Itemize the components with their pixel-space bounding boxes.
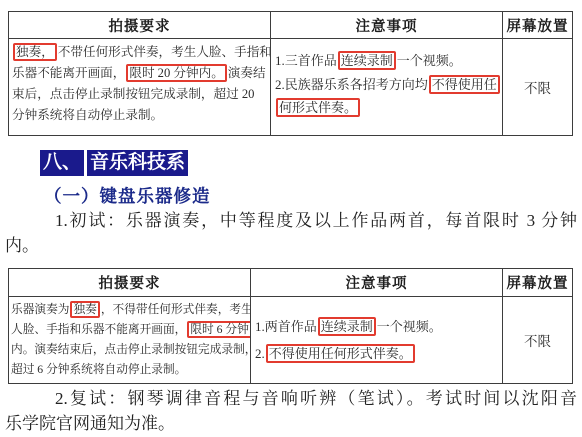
- second-exam-paragraph: 2.复试：钢琴调律音程与音响听辨（笔试）。考试时间以沈阳音 乐学院官网通知为准。: [5, 386, 577, 436]
- column-header-notes: 注意事项: [251, 269, 503, 297]
- text-line: 人脸、手指和乐器不能离开画面，限时 6 分钟: [11, 320, 249, 340]
- text-line: 乐器演奏为独奏，不得带任何形式伴奏，考生: [11, 300, 249, 320]
- red-highlight-box: 何形式伴奏。: [276, 98, 360, 117]
- section-number-highlight: 八、: [40, 150, 84, 176]
- text-line: 内。: [5, 233, 577, 258]
- subsection-title: （一）键盘乐器修造: [44, 183, 211, 208]
- red-highlight-box: 连续录制: [318, 317, 376, 336]
- shooting-requirements-cell: 乐器演奏为独奏，不得带任何形式伴奏，考生 人脸、手指和乐器不能离开画面，限时 6…: [9, 297, 251, 384]
- screen-placement-cell: 不限: [503, 39, 573, 136]
- text-line: 分钟系统将自动停止录制。: [12, 105, 268, 126]
- red-highlight-box: 独奏，: [13, 43, 57, 61]
- text-line: 超过 6 分钟系统将自动停止录制。: [11, 360, 249, 380]
- text-line: 独奏，不带任何形式伴奏，考生人脸、手指和: [12, 42, 268, 63]
- requirements-table-top: 拍摄要求 注意事项 屏幕放置 独奏，不带任何形式伴奏，考生人脸、手指和 乐器不能…: [8, 11, 573, 136]
- text-segment: 内。演奏结束后，点击停止录制按钮完成录制，: [11, 343, 251, 356]
- red-highlight-box: 限时 6 分钟: [187, 321, 250, 338]
- text-segment: 一个视频。: [397, 53, 462, 68]
- text-segment: 乐器不能离开画面，: [12, 66, 125, 80]
- requirements-table-bottom: 拍摄要求 注意事项 屏幕放置 乐器演奏为独奏，不得带任何形式伴奏，考生 人脸、手…: [8, 268, 573, 384]
- text-segment: 束后，点击停止录制按钮完成录制，超过 20: [12, 87, 254, 101]
- document-page: 拍摄要求 注意事项 屏幕放置 独奏，不带任何形式伴奏，考生人脸、手指和 乐器不能…: [0, 0, 582, 437]
- red-highlight-box: 限时 20 分钟内。: [126, 64, 226, 82]
- notes-cell: 1.三首作品连续录制一个视频。 2.民族器乐系各招考方向均不得使用任 何形式伴奏…: [271, 39, 503, 136]
- text-line: 乐学院官网通知为准。: [5, 411, 577, 436]
- text-segment: 人脸、手指和乐器不能离开画面，: [11, 323, 186, 336]
- text-line: 2.不得使用任何形式伴奏。: [255, 340, 500, 367]
- section-title-highlight: 音乐科技系: [87, 150, 188, 176]
- red-highlight-box: 独奏: [70, 301, 99, 318]
- table-row: 独奏，不带任何形式伴奏，考生人脸、手指和 乐器不能离开画面，限时 20 分钟内。…: [9, 39, 573, 136]
- text-segment: 超过 6 分钟系统将自动停止录制。: [11, 363, 186, 376]
- text-segment: 不带任何形式伴奏，考生人脸、手指和: [58, 45, 271, 59]
- preliminary-exam-paragraph: 1.初试：乐器演奏，中等程度及以上作品两首，每首限时 3 分钟 内。: [5, 208, 577, 258]
- text-segment: 2.: [255, 346, 265, 361]
- text-line: 1.三首作品连续录制一个视频。: [275, 49, 500, 73]
- text-line: 乐器不能离开画面，限时 20 分钟内。演奏结: [12, 63, 268, 84]
- column-header-shooting-requirements: 拍摄要求: [9, 269, 251, 297]
- text-line: 束后，点击停止录制按钮完成录制，超过 20: [12, 84, 268, 105]
- text-line: 2.民族器乐系各招考方向均不得使用任: [275, 73, 500, 97]
- red-highlight-box: 不得使用任: [429, 75, 500, 94]
- text-segment: 2.民族器乐系各招考方向均: [275, 77, 428, 92]
- text-segment: 乐器演奏为: [11, 303, 69, 316]
- text-segment: 1.两首作品: [255, 319, 317, 334]
- text-line: 内。演奏结束后，点击停止录制按钮完成录制，: [11, 340, 249, 360]
- red-highlight-box: 连续录制: [338, 51, 396, 70]
- table-row: 乐器演奏为独奏，不得带任何形式伴奏，考生 人脸、手指和乐器不能离开画面，限时 6…: [9, 297, 573, 384]
- column-header-notes: 注意事项: [271, 12, 503, 39]
- table-header-row: 拍摄要求 注意事项 屏幕放置: [9, 12, 573, 39]
- notes-cell: 1.两首作品连续录制一个视频。 2.不得使用任何形式伴奏。: [251, 297, 503, 384]
- text-line: 何形式伴奏。: [275, 96, 500, 120]
- column-header-shooting-requirements: 拍摄要求: [9, 12, 271, 39]
- text-segment: ，不得带任何形式伴奏，考生: [101, 303, 251, 316]
- text-segment: 一个视频。: [377, 319, 442, 334]
- table-header-row: 拍摄要求 注意事项 屏幕放置: [9, 269, 573, 297]
- column-header-screen-placement: 屏幕放置: [503, 269, 573, 297]
- text-line: 1.两首作品连续录制一个视频。: [255, 313, 500, 340]
- screen-placement-cell: 不限: [503, 297, 573, 384]
- text-segment: 1.三首作品: [275, 53, 337, 68]
- column-header-screen-placement: 屏幕放置: [503, 12, 573, 39]
- text-line: 1.初试：乐器演奏，中等程度及以上作品两首，每首限时 3 分钟: [5, 208, 577, 233]
- red-highlight-box: 不得使用任何形式伴奏。: [266, 344, 415, 363]
- text-segment: 分钟系统将自动停止录制。: [12, 108, 163, 122]
- shooting-requirements-cell: 独奏，不带任何形式伴奏，考生人脸、手指和 乐器不能离开画面，限时 20 分钟内。…: [9, 39, 271, 136]
- text-line: 2.复试：钢琴调律音程与音响听辨（笔试）。考试时间以沈阳音: [5, 386, 577, 411]
- text-segment: 演奏结: [228, 66, 266, 80]
- section-heading: 八、音乐科技系: [40, 150, 191, 176]
